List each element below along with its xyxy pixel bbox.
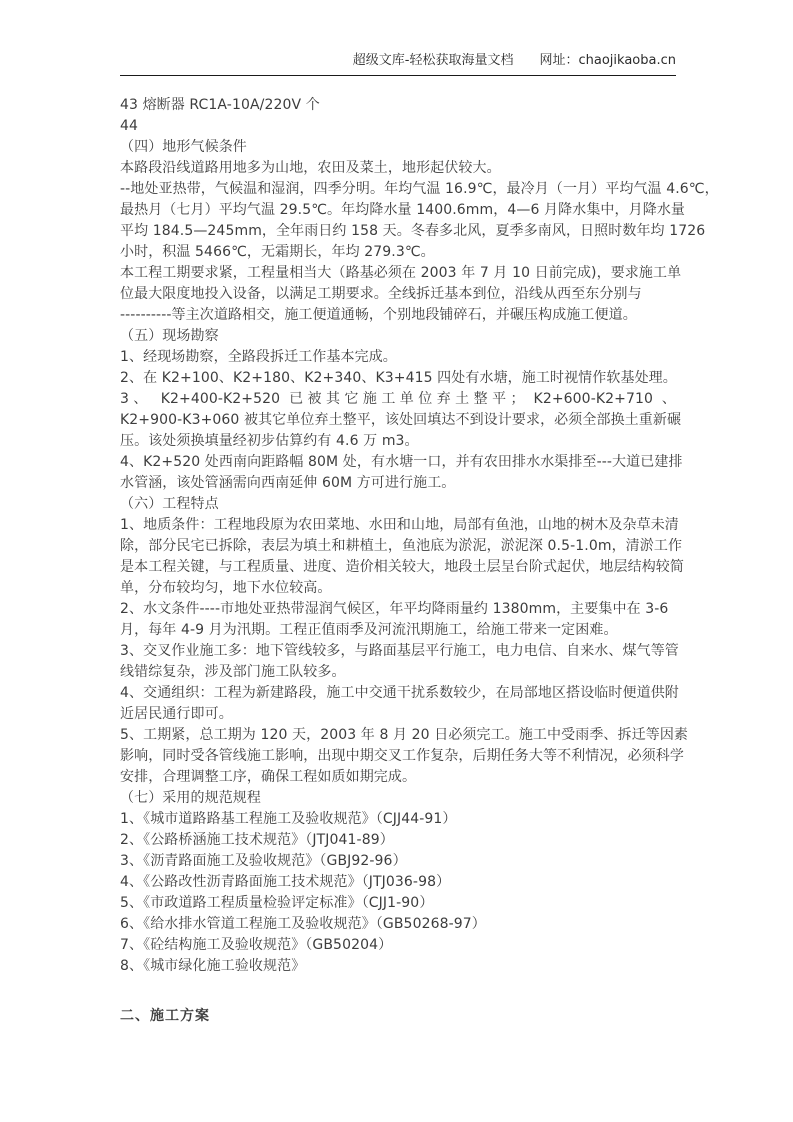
document-line: 是本工程关键，与工程质量、进度、造价相关较大，地段土层呈台阶式起伏，地层结构较简 — [120, 557, 676, 578]
header-brand-text: 超级文库-轻松获取海量文档 — [353, 52, 514, 69]
document-line: 位最大限度地投入设备，以满足工期要求。全线拆迁基本到位，沿线从西至东分别与 — [120, 284, 676, 305]
document-body: 43 熔断器 RC1A-10A/220V 个44（四）地形气候条件本路段沿线道路… — [120, 95, 676, 1027]
document-line: 7、《砼结构施工及验收规范》（GB50204） — [120, 935, 676, 956]
document-line: （四）地形气候条件 — [120, 137, 676, 158]
document-line: 4、《公路改性沥青路面施工技术规范》（JTJ036-98） — [120, 872, 676, 893]
document-line: --地处亚热带，气候温和湿润，四季分明。年均气温 16.9℃，最冷月（一月）平均… — [120, 179, 676, 200]
document-line: 小时，积温 5466℃，无霜期长，年均 279.3℃。 — [120, 242, 676, 263]
document-line: 除，部分民宅已拆除，表层为填土和耕植土，鱼池底为淤泥，淤泥深 0.5-1.0m，… — [120, 536, 676, 557]
document-line: 安排，合理调整工序，确保工程如质如期完成。 — [120, 767, 676, 788]
document-line: 线错综复杂，涉及部门施工队较多。 — [120, 662, 676, 683]
document-line: 月，每年 4-9 月为汛期。工程正值雨季及河流汛期施工，给施工带来一定困难。 — [120, 620, 676, 641]
document-line: 1、地质条件：工程地段原为农田菜地、水田和山地，局部有鱼池，山地的树木及杂草未清 — [120, 515, 676, 536]
document-line: 5、工期紧，总工期为 120 天，2003 年 8 月 20 日必须完工。施工中… — [120, 725, 676, 746]
document-line: 2、在 K2+100、K2+180、K2+340、K3+415 四处有水塘，施工… — [120, 368, 676, 389]
document-line: 2、水文条件----市地处亚热带湿润气候区，年平均降雨量约 1380mm，主要集… — [120, 599, 676, 620]
document-line: 水管涵，该处管涵需向西南延伸 60M 方可进行施工。 — [120, 473, 676, 494]
page-header: 超级文库-轻松获取海量文档 网址：chaojikaoba.cn — [120, 0, 676, 76]
document-line: 4、K2+520 处西南向距路幅 80M 处，有水塘一口，并有农田排水水渠排至-… — [120, 452, 676, 473]
document-line: 44 — [120, 116, 676, 137]
document-line: K2+900-K3+060 被其它单位弃土整平，该处回填达不到设计要求，必须全部… — [120, 410, 676, 431]
document-line: 2、《公路桥涵施工技术规范》（JTJ041-89） — [120, 830, 676, 851]
document-line: 4、交通组织：工程为新建路段，施工中交通干扰系数较少，在局部地区搭设临时便道供附 — [120, 683, 676, 704]
document-page: 超级文库-轻松获取海量文档 网址：chaojikaoba.cn 43 熔断器 R… — [0, 0, 793, 1122]
header-site-url: 网址：chaojikaoba.cn — [540, 52, 677, 69]
document-line — [120, 977, 676, 998]
document-line: 6、《给水排水管道工程施工及验收规范》（GB50268-97） — [120, 914, 676, 935]
document-line: 最热月（七月）平均气温 29.5℃。年均降水量 1400.6mm，4—6 月降水… — [120, 200, 676, 221]
document-line: 5、《市政道路工程质量检验评定标准》（CJJ1-90） — [120, 893, 676, 914]
document-line: 本路段沿线道路用地多为山地，农田及菜土，地形起伏较大。 — [120, 158, 676, 179]
document-line: 1、经现场勘察，全路段拆迁工作基本完成。 — [120, 347, 676, 368]
document-line: 8、《城市绿化施工验收规范》 — [120, 956, 676, 977]
document-line: （六）工程特点 — [120, 494, 676, 515]
document-line: 1、《城市道路路基工程施工及验收规范》（CJJ44-91） — [120, 809, 676, 830]
document-line: 本工程工期要求紧，工程量相当大（路基必须在 2003 年 7 月 10 日前完成… — [120, 263, 676, 284]
document-line: 3、 K2+400-K2+520 已被其它施工单位弃土整平； K2+600-K2… — [120, 389, 676, 410]
document-line: 单，分布较均匀，地下水位较高。 — [120, 578, 676, 599]
document-line: （五）现场勘察 — [120, 326, 676, 347]
document-line: 43 熔断器 RC1A-10A/220V 个 — [120, 95, 676, 116]
document-line: 3、《沥青路面施工及验收规范》（GBJ92-96） — [120, 851, 676, 872]
document-line: 3、交叉作业施工多：地下管线较多，与路面基层平行施工，电力电信、自来水、煤气等管 — [120, 641, 676, 662]
section-heading: 二、施工方案 — [120, 1006, 676, 1027]
document-line: ----------等主次道路相交，施工便道通畅，个别地段铺碎石，并碾压构成施工… — [120, 305, 676, 326]
document-line: 影响，同时受各管线施工影响，出现中期交叉工作复杂，后期任务大等不利情况，必须科学 — [120, 746, 676, 767]
document-line: 压。该处须换填量经初步估算约有 4.6 万 m3。 — [120, 431, 676, 452]
document-line: 平均 184.5—245mm，全年雨日约 158 天。冬春多北风，夏季多南风，日… — [120, 221, 676, 242]
document-line: 近居民通行即可。 — [120, 704, 676, 725]
document-line: （七）采用的规范规程 — [120, 788, 676, 809]
